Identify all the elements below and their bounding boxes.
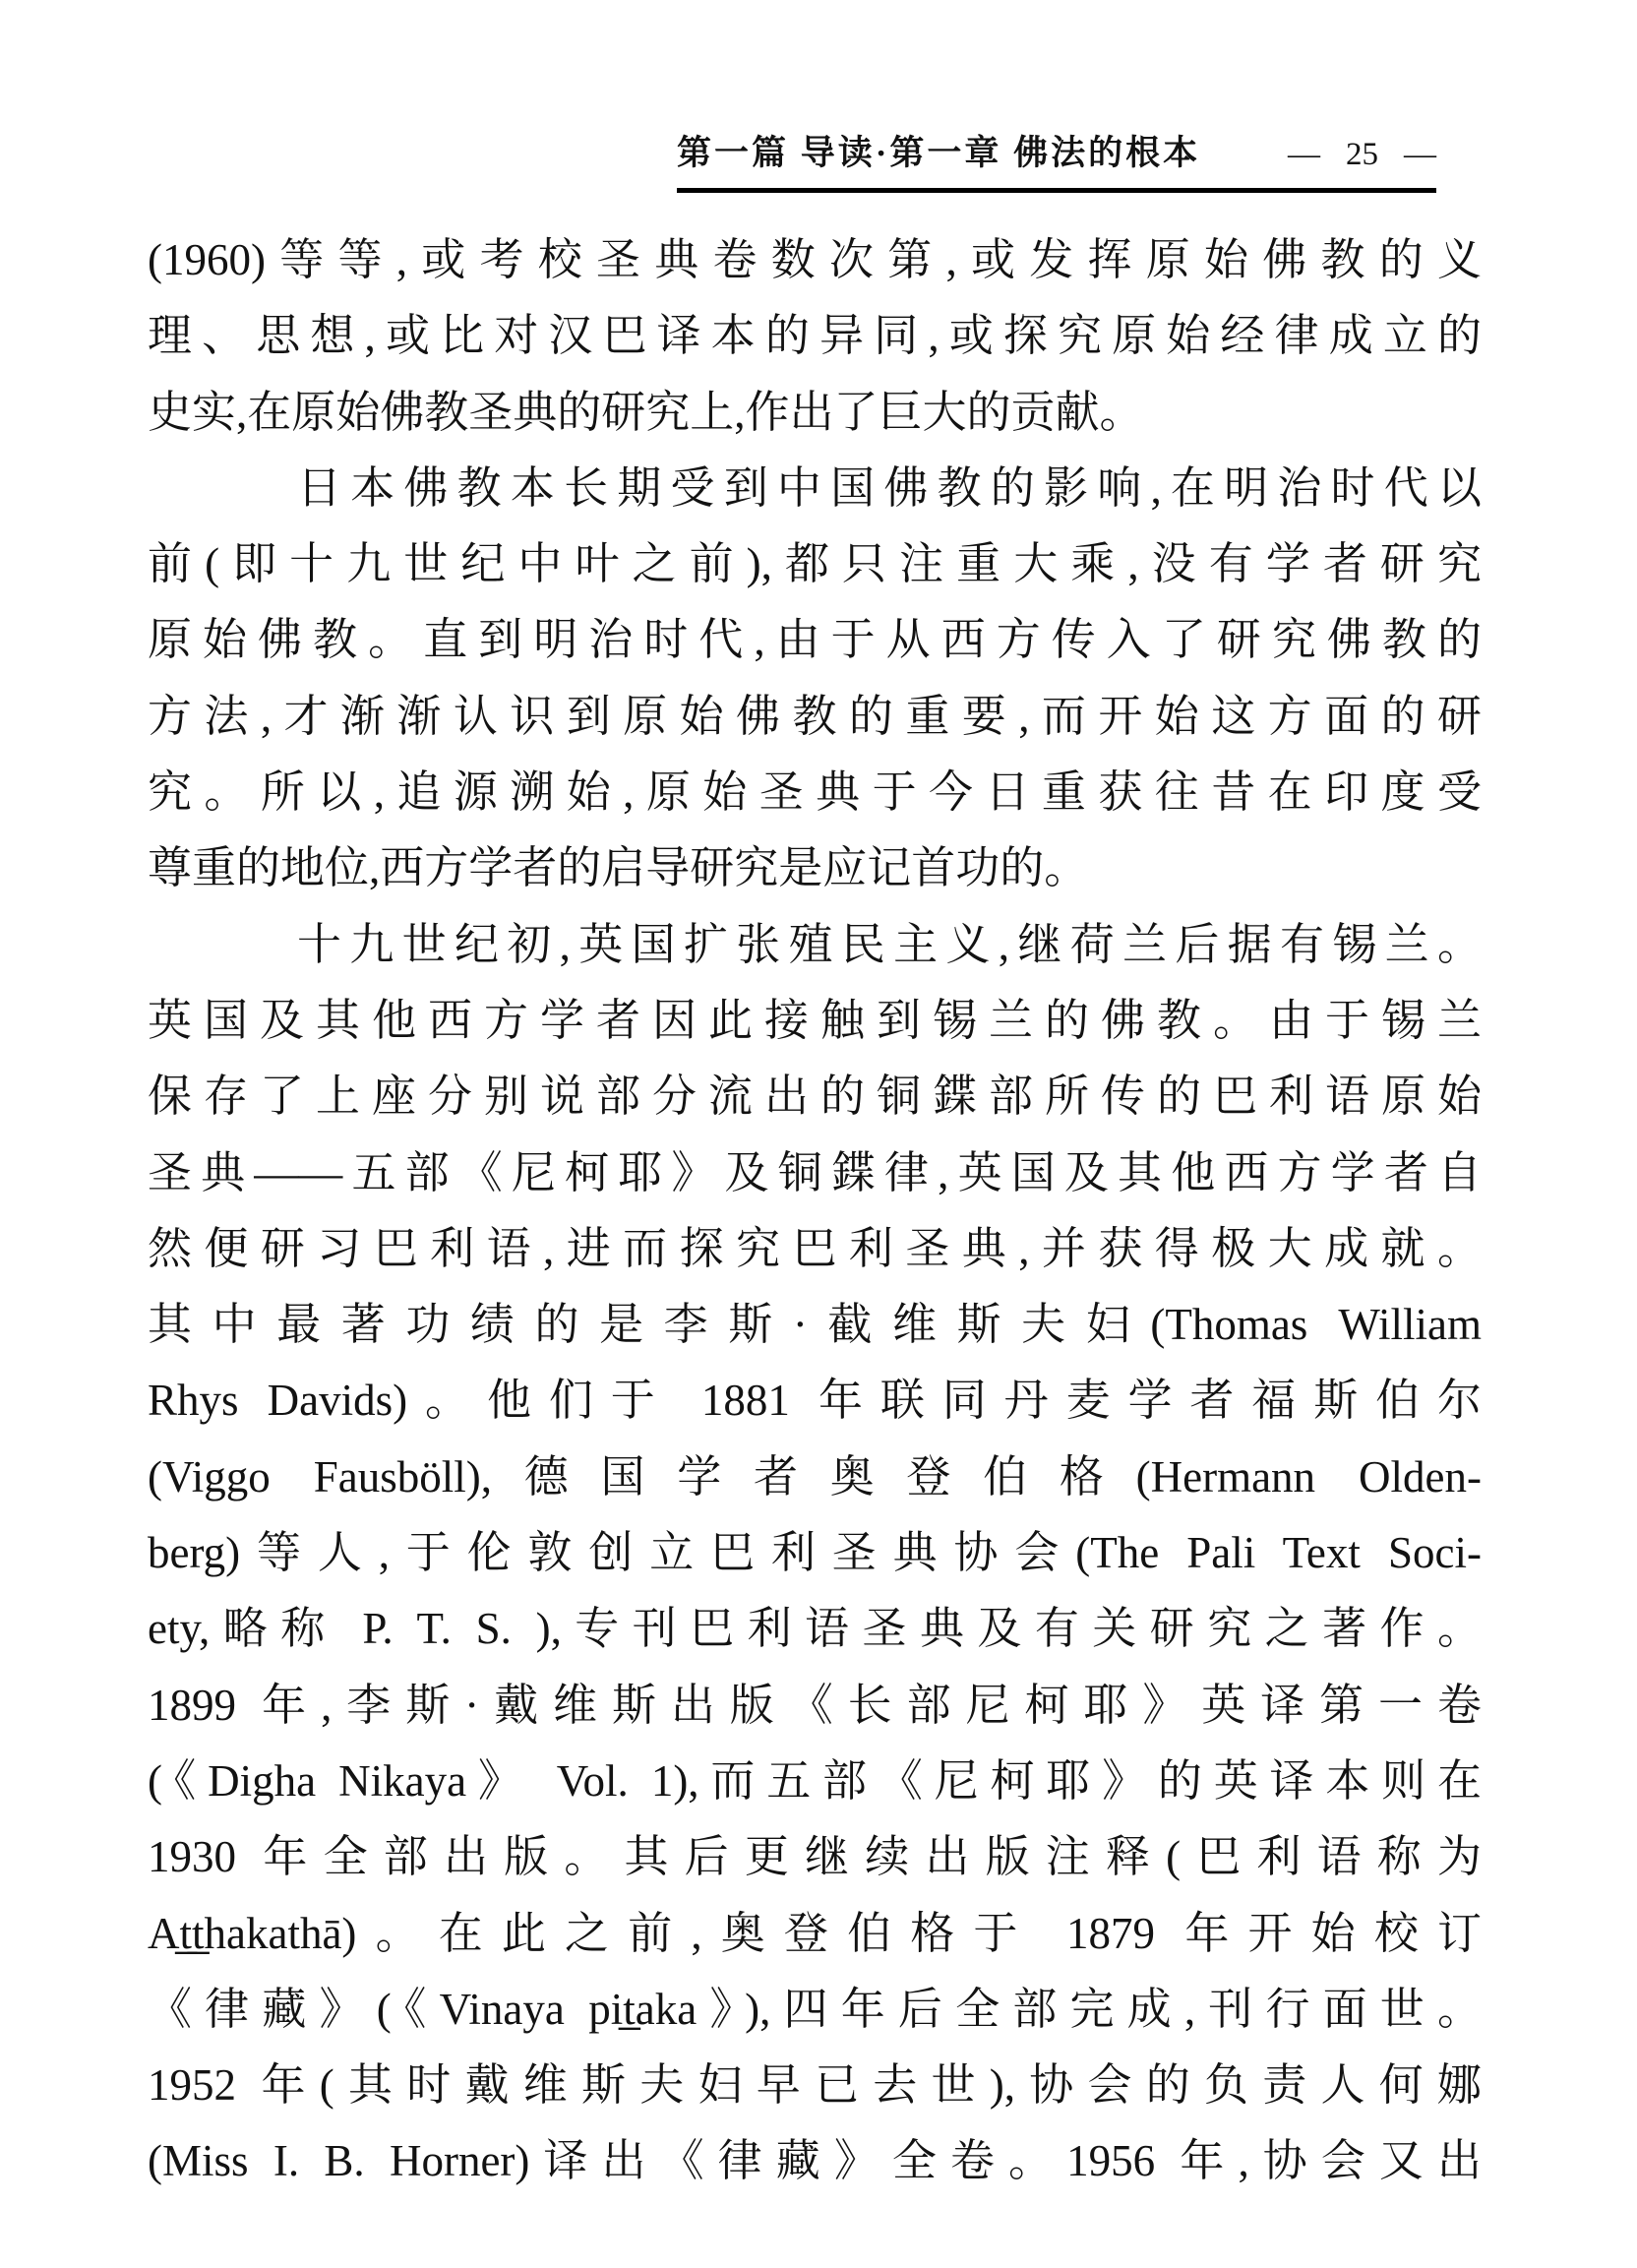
text-line: 理、思想,或比对汉巴译本的异同,或探究原始经律成立的 xyxy=(148,298,1482,374)
text-line: 然便研习巴利语,进而探究巴利圣典,并获得极大成就。 xyxy=(148,1211,1482,1287)
text-line: 前(即十九世纪中叶之前),都只注重大乘,没有学者研究 xyxy=(148,526,1482,602)
text-line: (《Digha Nikaya》 Vol. 1),而五部《尼柯耶》的英译本则在 xyxy=(148,1744,1482,1819)
running-header: 第一篇 导读·第一章 佛法的根本 — 25 — xyxy=(677,126,1436,193)
text-line: 英国及其他西方学者因此接触到锡兰的佛教。由于锡兰 xyxy=(148,983,1482,1059)
text-line: Rhys Davids)。他们于 1881 年联同丹麦学者福斯伯尔 xyxy=(148,1363,1482,1439)
text-line: 日本佛教本长期受到中国佛教的影响,在明治时代以 xyxy=(148,451,1482,526)
text-line: 十九世纪初,英国扩张殖民主义,继荷兰后据有锡兰。 xyxy=(148,907,1482,983)
text-line: 原始佛教。直到明治时代,由于从西方传入了研究佛教的 xyxy=(148,602,1482,678)
text-line: 保存了上座分别说部分流出的铜鍱部所传的巴利语原始 xyxy=(148,1059,1482,1134)
text-line: 1899 年,李斯·戴维斯出版《长部尼柯耶》英译第一卷 xyxy=(148,1668,1482,1744)
page-number: — 25 — xyxy=(1288,137,1436,173)
book-page: 第一篇 导读·第一章 佛法的根本 — 25 — (1960)等等,或考校圣典卷数… xyxy=(0,0,1637,2268)
text-line: 究。所以,追源溯始,原始圣典于今日重获往昔在印度受 xyxy=(148,755,1482,830)
text-line: 尊重的地位,西方学者的启导研究是应记首功的。 xyxy=(148,830,1482,906)
page-number-dash-left: — xyxy=(1288,137,1320,173)
text-line: 方法,才渐渐认识到原始佛教的重要,而开始这方面的研 xyxy=(148,679,1482,755)
page-number-dash-right: — xyxy=(1404,137,1436,173)
text-line: (Viggo Fausböll),德国学者奥登伯格(Hermann Olden- xyxy=(148,1440,1482,1515)
text-line: berg)等人,于伦敦创立巴利圣典协会(The Pali Text Soci- xyxy=(148,1515,1482,1591)
text-line: At̲t̲hakathā)。在此之前,奥登伯格于 1879 年开始校订 xyxy=(148,1896,1482,1972)
text-line: (1960)等等,或考校圣典卷数次第,或发挥原始佛教的义 xyxy=(148,222,1482,298)
page-body: (1960)等等,或考校圣典卷数次第,或发挥原始佛教的义理、思想,或比对汉巴译本… xyxy=(148,222,1482,2200)
page-number-value: 25 xyxy=(1346,137,1378,173)
text-line: 圣典——五部《尼柯耶》及铜鍱律,英国及其他西方学者自 xyxy=(148,1135,1482,1211)
text-line: 1930 年全部出版。其后更继续出版注释(巴利语称为 xyxy=(148,1819,1482,1895)
text-line: 《律藏》(《Vinaya pit̲aka》),四年后全部完成,刊行面世。 xyxy=(148,1972,1482,2048)
text-line: (Miss I. B. Horner)译出《律藏》全卷。1956 年,协会又出 xyxy=(148,2123,1482,2199)
chapter-title: 第一篇 导读·第一章 佛法的根本 xyxy=(677,126,1200,175)
text-line: 其中最著功绩的是李斯·截维斯夫妇(Thomas William xyxy=(148,1287,1482,1363)
text-line: 史实,在原始佛教圣典的研究上,作出了巨大的贡献。 xyxy=(148,375,1482,451)
text-line: ety,略称 P. T. S. ),专刊巴利语圣典及有关研究之著作。 xyxy=(148,1591,1482,1667)
text-line: 1952 年(其时戴维斯夫妇早已去世),协会的负责人何娜 xyxy=(148,2048,1482,2123)
